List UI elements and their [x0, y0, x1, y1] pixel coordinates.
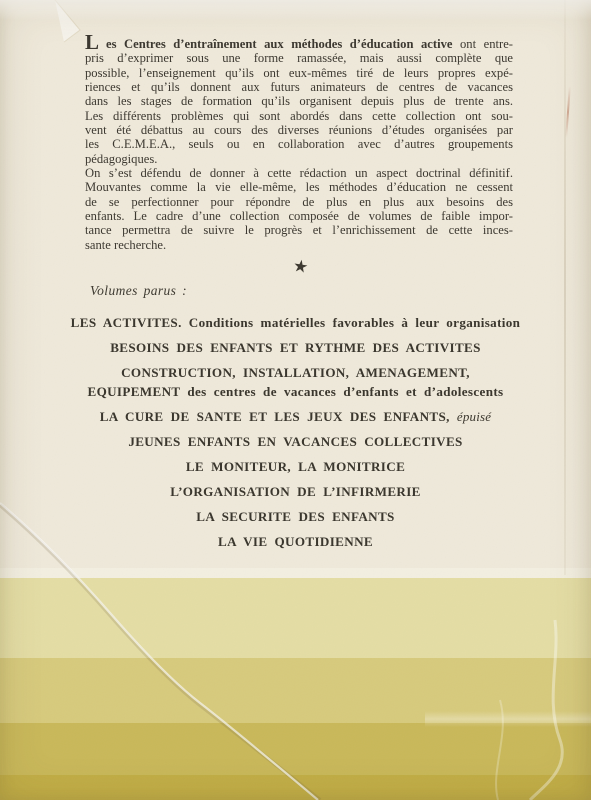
volume-item-construction-line-1: CONSTRUCTION, INSTALLATION, AMENAGEMENT,: [30, 363, 561, 382]
intro-line-6: Les différents problèmes qui sont abordé…: [85, 109, 513, 123]
volumes-heading: Volumes parus :: [90, 283, 187, 299]
intro-line-13: enfants. Le cadre d’une collection compo…: [85, 209, 513, 223]
top-edge-highlight: [0, 0, 591, 20]
star-icon: ★: [292, 256, 310, 278]
intro-line-1: Les Centres d’entraînement aux méthodes …: [85, 37, 513, 51]
volumes-list: LES ACTIVITES. Conditions matérielles fa…: [30, 313, 561, 557]
intro-line-3: possible, l’enseignement qu’ils ont eux-…: [85, 66, 513, 80]
band-highlight: [0, 568, 591, 578]
color-band-medium: [0, 723, 591, 775]
volume-item-construction-line-2: EQUIPEMENT des centres de vacances d’enf…: [30, 382, 561, 401]
volume-item-organisation: L’ORGANISATION DE L’INFIRMERIE: [30, 482, 561, 501]
intro-line-8: les C.E.M.E.A., seuls ou en collaboratio…: [85, 137, 513, 151]
volume-item-cure: LA CURE DE SANTE ET LES JEUX DES ENFANTS…: [30, 407, 561, 426]
intro-paragraph: Les Centres d’entraînement aux méthodes …: [85, 37, 513, 252]
intro-line-10: On s’est défendu de donner à cette rédac…: [85, 166, 513, 180]
volume-item-securite: LA SECURITE DES ENFANTS: [30, 507, 561, 526]
book-back-cover: Les Centres d’entraînement aux méthodes …: [0, 0, 591, 800]
intro-line-4: riences et qu’ils donnent aux futurs ani…: [85, 80, 513, 94]
color-band-dark: [0, 775, 591, 800]
volume-item-cure-epuise: épuisé: [457, 409, 491, 424]
color-band-pale: [0, 578, 591, 658]
intro-line-2: pris d’exprimer sous une forme ramassée,…: [85, 51, 513, 65]
red-scratch: [565, 86, 571, 138]
volume-item-construction: CONSTRUCTION, INSTALLATION, AMENAGEMENT,…: [30, 363, 561, 401]
volume-item-construction-rest: des centres de vacances d’enfants et d’a…: [180, 384, 503, 399]
volume-item-activites: LES ACTIVITES. Conditions matérielles fa…: [30, 313, 561, 332]
volume-item-jeunes: JEUNES ENFANTS EN VACANCES COLLECTIVES: [30, 432, 561, 451]
intro-line-1-bold: es Centres d’entraînement aux méthodes d…: [106, 37, 452, 51]
intro-line-15: sante recherche.: [85, 238, 513, 252]
intro-line-11: Mouvantes comme la vie elle-même, les mé…: [85, 180, 513, 194]
volume-item-moniteur: LE MONITEUR, LA MONITRICE: [30, 457, 561, 476]
intro-line-5: dans les stages de formation qu’ils orga…: [85, 94, 513, 108]
volume-item-vie: LA VIE QUOTIDIENNE: [30, 532, 561, 551]
color-band-light: [0, 658, 591, 723]
volume-item-construction-caps: EQUIPEMENT: [88, 384, 181, 399]
intro-line-14: tance permettra de suivre le progrès et …: [85, 223, 513, 237]
intro-line-7: vent été débattus au cours des diverses …: [85, 123, 513, 137]
intro-line-9: pédagogiques.: [85, 152, 513, 166]
volume-item-cure-caps: LA CURE DE SANTE ET LES JEUX DES ENFANTS…: [100, 409, 457, 424]
right-edge-crease: [564, 0, 566, 575]
intro-line-1-rest: ont entre-: [452, 37, 513, 51]
volume-item-besoins: BESOINS DES ENFANTS ET RYTHME DES ACTIVI…: [30, 338, 561, 357]
intro-line-12: de se perfectionner pour répondre de plu…: [85, 195, 513, 209]
